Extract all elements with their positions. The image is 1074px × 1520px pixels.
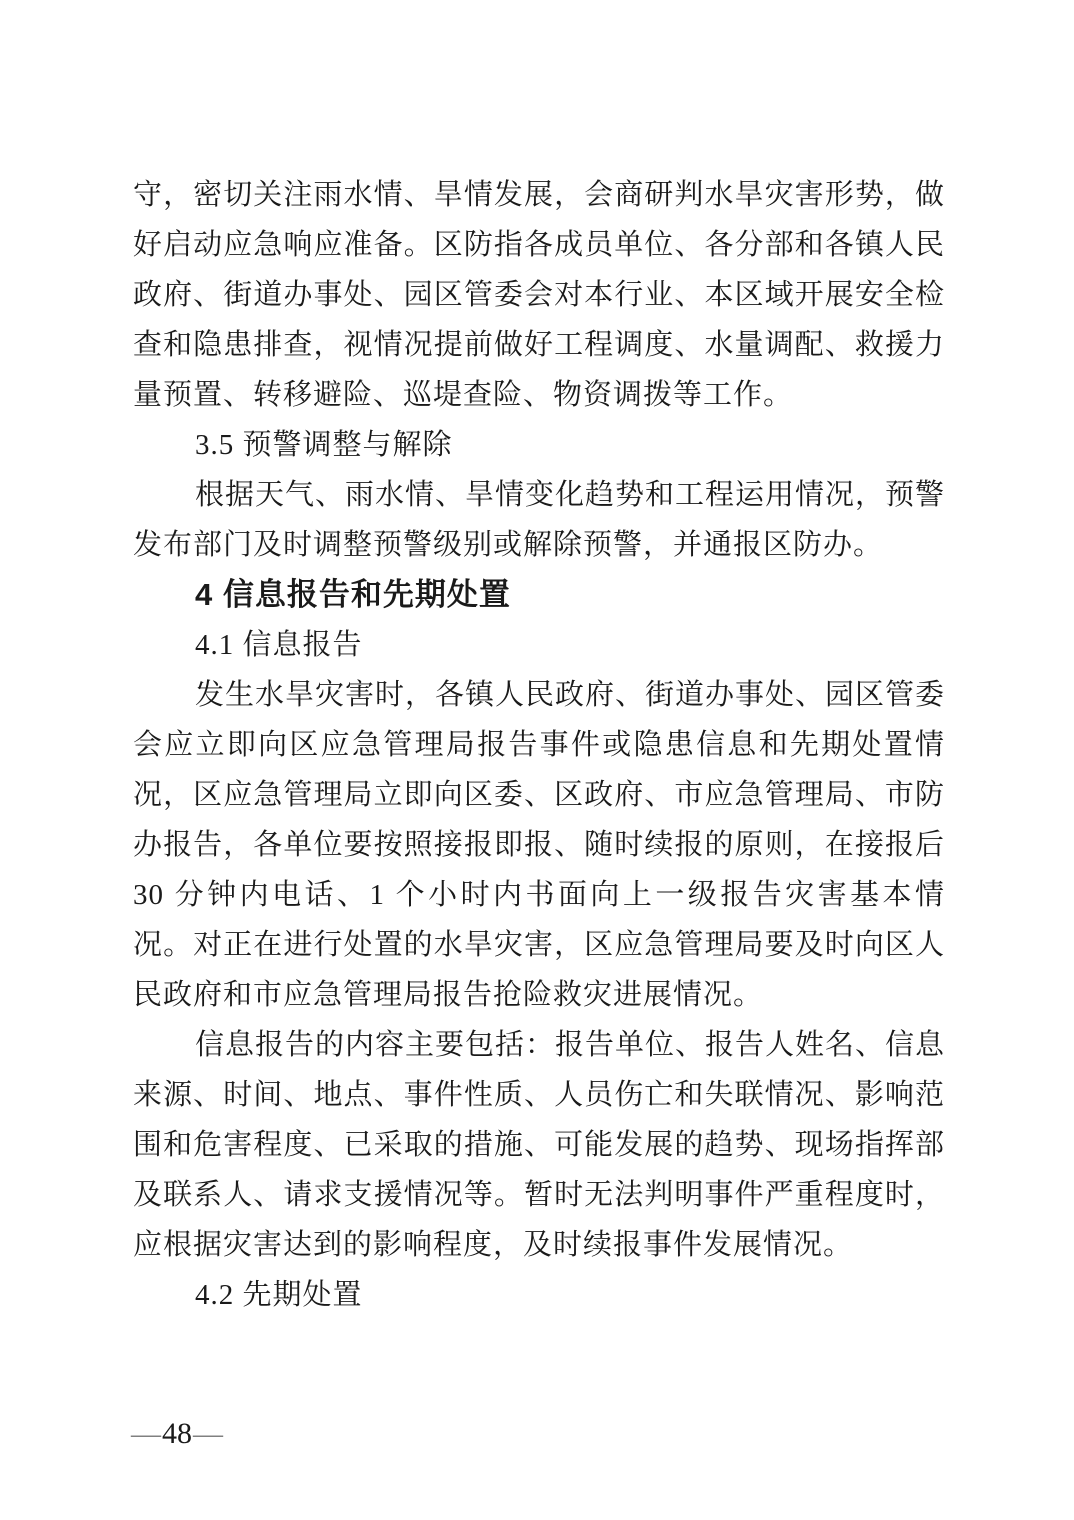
footer-dash-right: — bbox=[193, 1417, 223, 1450]
document-page: 守，密切关注雨水情、旱情发展，会商研判水旱灾害形势，做好启动应急响应准备。区防指… bbox=[0, 0, 1074, 1520]
footer-dash-left: — bbox=[131, 1417, 161, 1450]
paragraph: 守，密切关注雨水情、旱情发展，会商研判水旱灾害形势，做好启动应急响应准备。区防指… bbox=[133, 170, 945, 420]
page-number: 48 bbox=[161, 1417, 193, 1450]
page-footer: —48— bbox=[131, 1414, 223, 1454]
sub-heading: 4.1 信息报告 bbox=[133, 620, 945, 670]
sub-heading: 3.5 预警调整与解除 bbox=[133, 420, 945, 470]
section-heading: 4 信息报告和先期处置 bbox=[133, 570, 945, 620]
paragraph: 信息报告的内容主要包括：报告单位、报告人姓名、信息来源、时间、地点、事件性质、人… bbox=[133, 1020, 945, 1270]
paragraph: 根据天气、雨水情、旱情变化趋势和工程运用情况，预警发布部门及时调整预警级别或解除… bbox=[133, 470, 945, 570]
paragraph: 发生水旱灾害时，各镇人民政府、街道办事处、园区管委会应立即向区应急管理局报告事件… bbox=[133, 670, 945, 1020]
document-body: 守，密切关注雨水情、旱情发展，会商研判水旱灾害形势，做好启动应急响应准备。区防指… bbox=[133, 170, 945, 1320]
sub-heading: 4.2 先期处置 bbox=[133, 1270, 945, 1320]
